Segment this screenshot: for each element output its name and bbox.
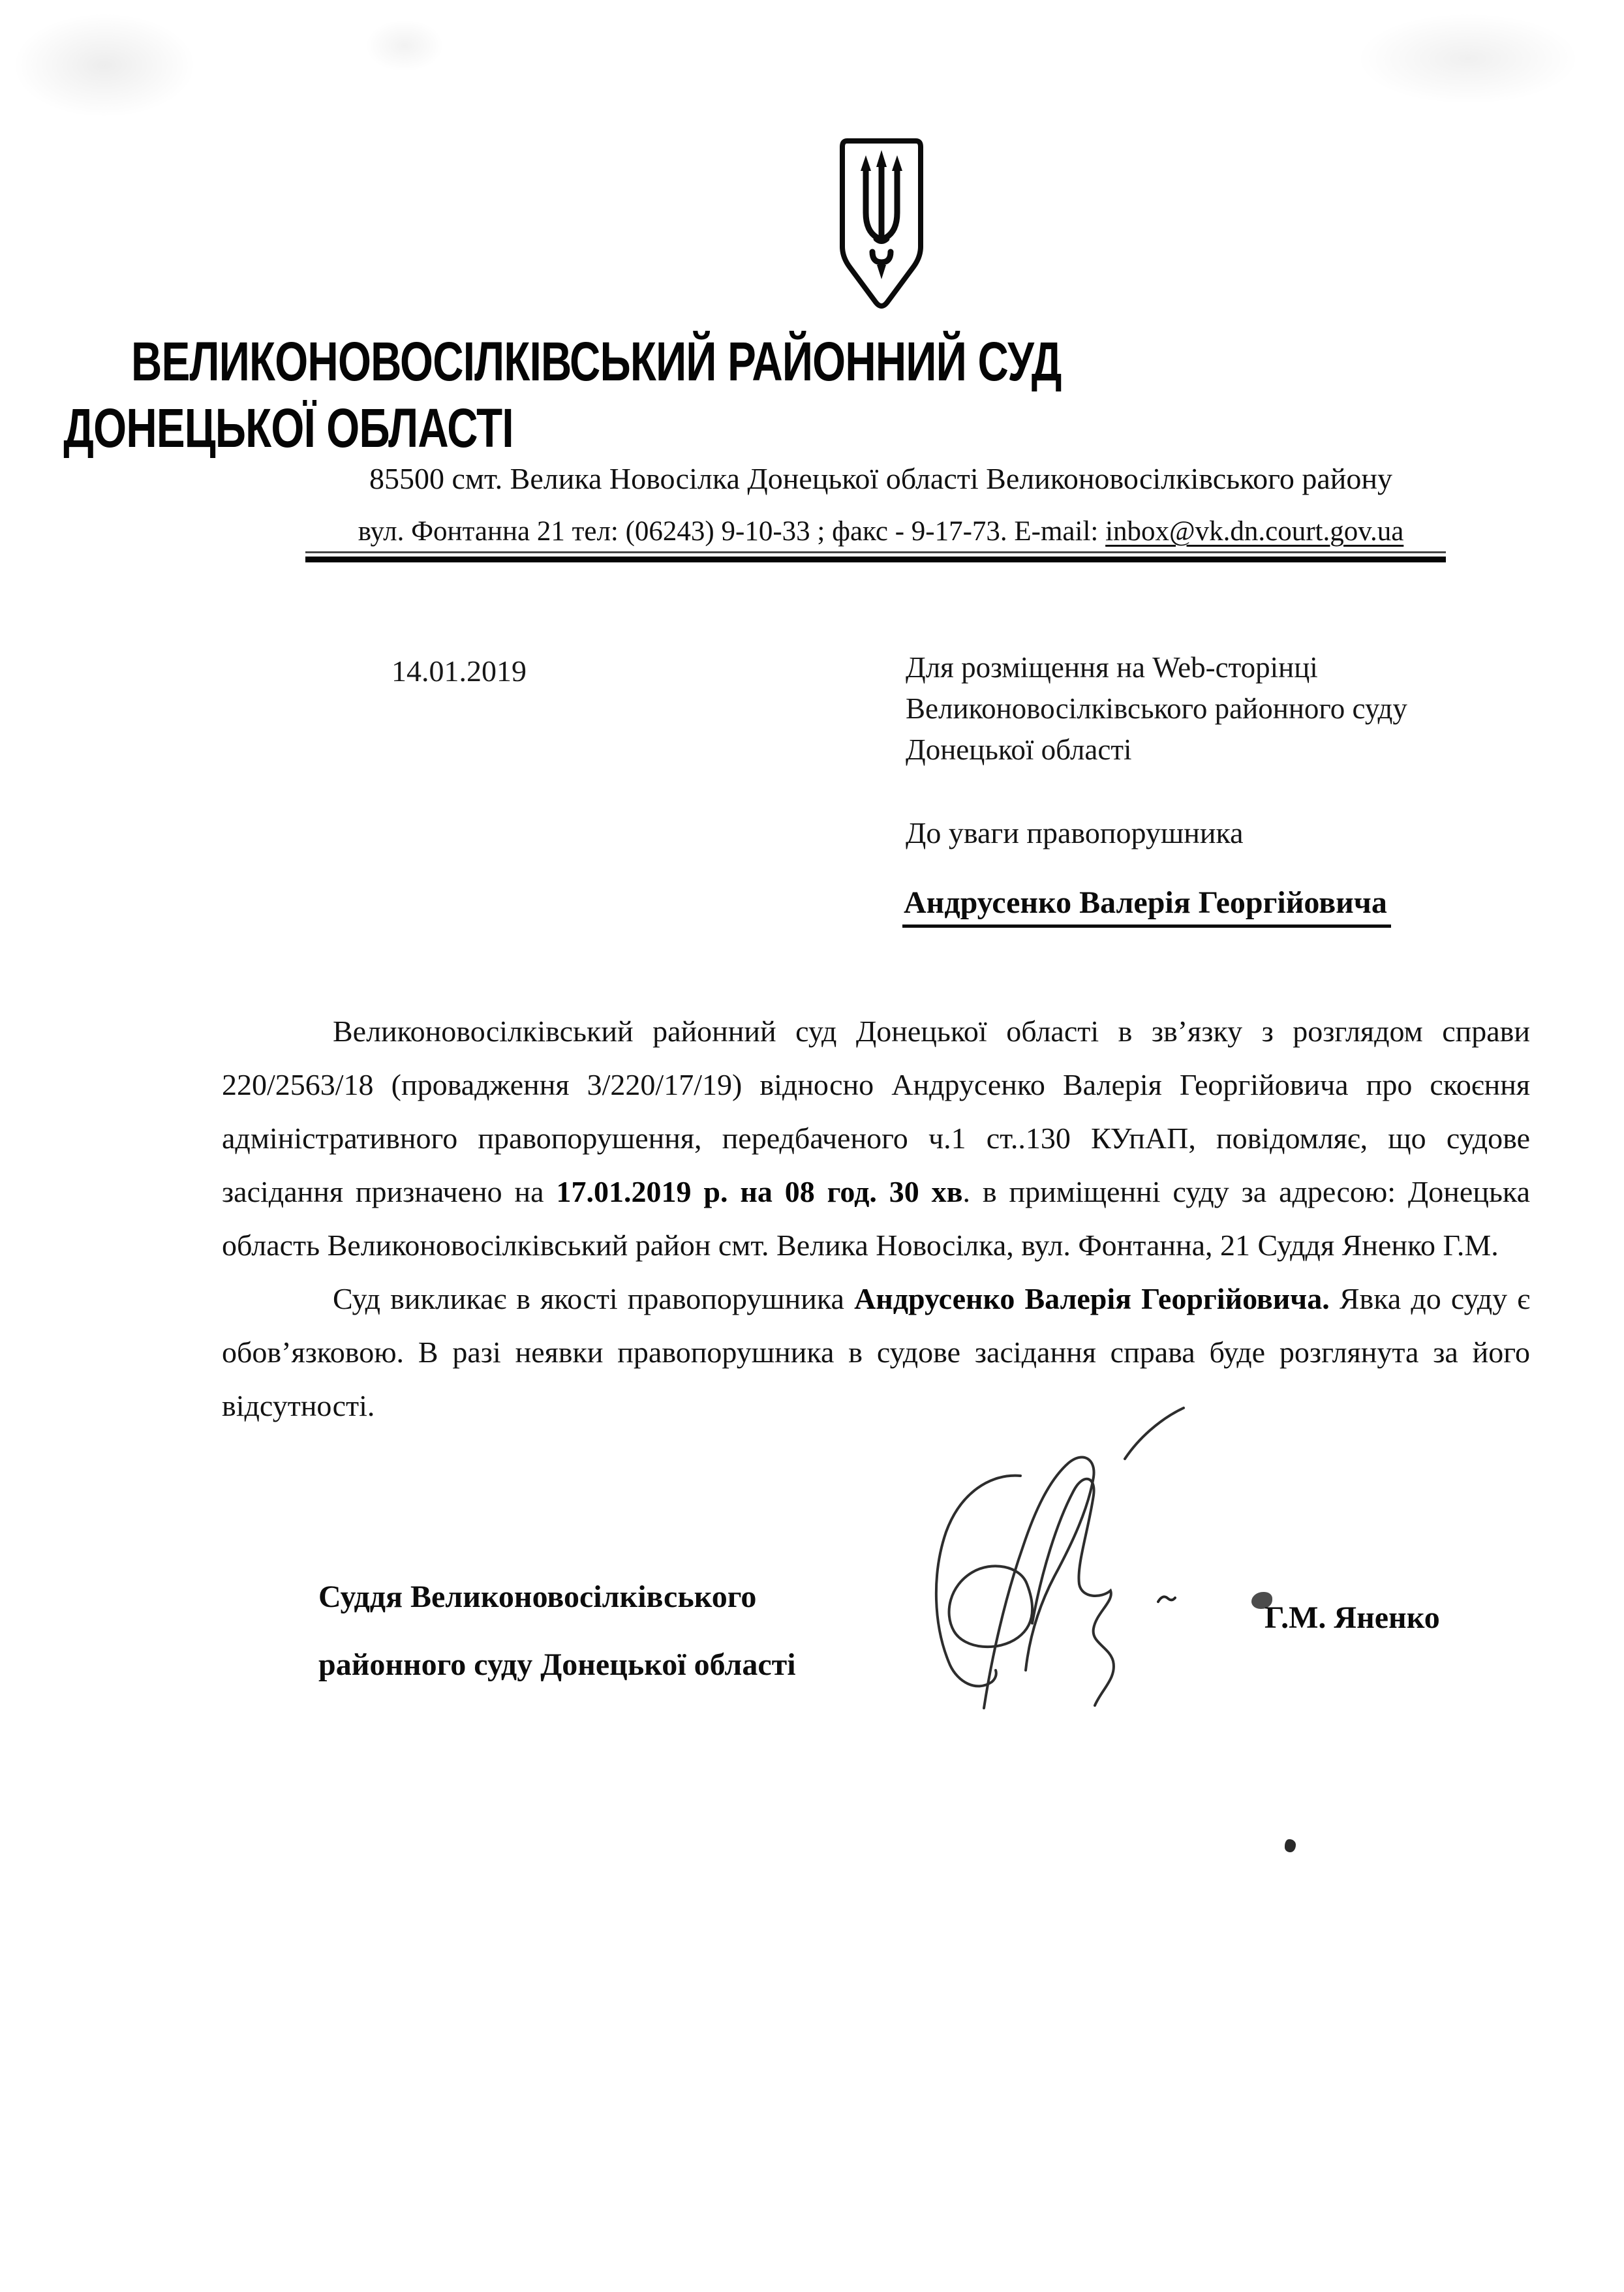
court-address: 85500 смт. Велика Новосілка Донецької об… xyxy=(138,461,1624,497)
court-contacts: вул. Фонтанна 21 тел: (06243) 9-10-33 ; … xyxy=(138,514,1624,549)
scan-noise xyxy=(13,13,196,117)
letter-body: Великоновосілківський районний суд Донец… xyxy=(222,1005,1530,1433)
scan-noise xyxy=(1357,13,1579,104)
offender-name: Андрусенко Валерія Георгійовича xyxy=(902,885,1391,928)
court-email: inbox@vk.dn.court.gov.ua xyxy=(1105,516,1403,547)
body-paragraph-1: Великоновосілківський районний суд Донец… xyxy=(222,1005,1530,1272)
contact-text: вул. Фонтанна 21 тел: (06243) 9-10-33 ; … xyxy=(358,516,1105,547)
web-note-line3: Донецької області xyxy=(906,729,1407,771)
web-note-line2: Великоновосілківського районного суду xyxy=(906,688,1407,729)
attention-label: До уваги правопорушника xyxy=(906,816,1244,850)
judge-title-line1: Суддя Великоновосілківського xyxy=(318,1563,796,1631)
court-name-line1: ВЕЛИКОНОВОСІЛКІВСЬКИЙ РАЙОННИЙ СУД xyxy=(0,334,1624,389)
pen-mark xyxy=(1157,1593,1176,1606)
body-paragraph-2: Суд викликає в якості правопорушника Анд… xyxy=(222,1272,1530,1433)
handwritten-signature xyxy=(893,1383,1206,1722)
web-placement-note: Для розміщення на Web-сторінці Великонов… xyxy=(906,647,1407,771)
court-name-line2-text: ДОНЕЦЬКОЇ ОБЛАСТІ xyxy=(63,401,513,455)
scan-speck xyxy=(1285,1839,1296,1852)
judge-title: Суддя Великоновосілківського районного с… xyxy=(318,1563,796,1699)
court-name-line2: ДОНЕЦЬКОЇ ОБЛАСТІ xyxy=(0,401,1624,455)
scanned-court-letter: ВЕЛИКОНОВОСІЛКІВСЬКИЙ РАЙОННИЙ СУД ДОНЕЦ… xyxy=(0,0,1624,2292)
signer-name: Г.М. Яненко xyxy=(1264,1600,1440,1636)
court-name-line1-text: ВЕЛИКОНОВОСІЛКІВСЬКИЙ РАЙОННИЙ СУД xyxy=(131,334,1062,389)
hearing-datetime: 17.01.2019 р. на 08 год. 30 хв xyxy=(557,1175,963,1208)
web-note-line1: Для розміщення на Web-сторінці xyxy=(906,647,1407,688)
ukraine-trident-emblem-icon xyxy=(836,137,927,317)
p2-offender-name: Андрусенко Валерія Георгійовича. xyxy=(854,1282,1330,1315)
p2-text: Суд викликає в якості правопорушника xyxy=(333,1282,854,1315)
header-divider xyxy=(305,551,1446,562)
judge-title-line2: районного суду Донецької області xyxy=(318,1631,796,1699)
document-date: 14.01.2019 xyxy=(391,654,527,688)
scan-noise xyxy=(365,20,444,72)
